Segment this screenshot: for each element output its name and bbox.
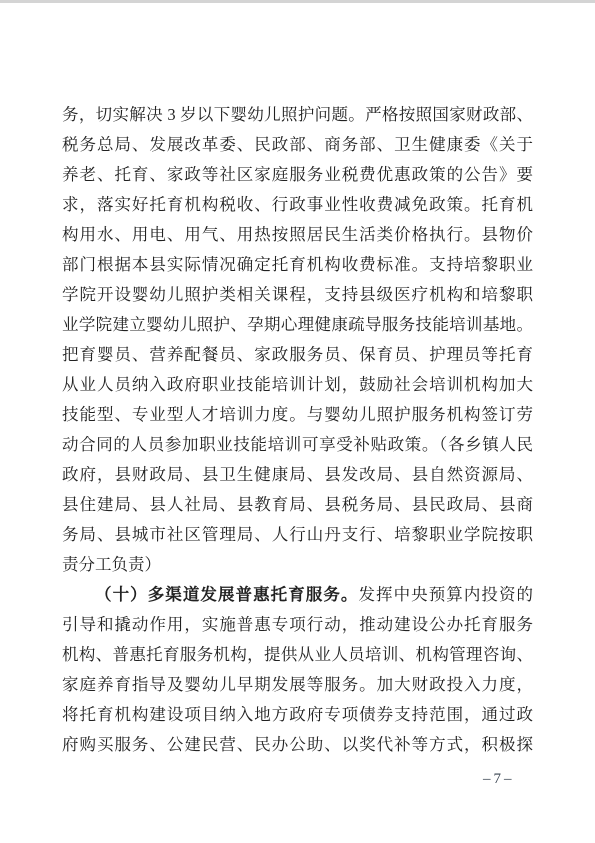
text-line: 税务总局、发展改革委、民政部、商务部、卫生健康委《关于	[62, 130, 533, 160]
text-line: 求，落实好托育机构税收、行政事业性收费减免政策。托育机	[62, 190, 533, 220]
text-line: 构用水、用电、用气、用热按照居民生活类价格执行。县物价	[62, 220, 533, 250]
text-line: 务，切实解决 3 岁以下婴幼儿照护问题。严格按照国家财政部、	[62, 100, 533, 130]
text-line: 从业人员纳入政府职业技能培训计划，鼓励社会培训机构加大	[62, 370, 533, 400]
text-line: 将托育机构建设项目纳入地方政府专项债券支持范围，通过政	[62, 700, 533, 730]
section-lead-text: 发挥中央预算内投资的	[358, 585, 533, 604]
text-line: 养老、托育、家政等社区家庭服务业税费优惠政策的公告》要	[62, 160, 533, 190]
text-line: 政府，县财政局、县卫生健康局、县发改局、县自然资源局、	[62, 460, 533, 490]
text-line: 业学院建立婴幼儿照护、孕期心理健康疏导服务技能培训基地。	[62, 310, 533, 340]
text-line: 把育婴员、营养配餐员、家政服务员、保育员、护理员等托育	[62, 340, 533, 370]
document-page: 务，切实解决 3 岁以下婴幼儿照护问题。严格按照国家财政部、 税务总局、发展改革…	[0, 0, 595, 843]
text-line: 机构、普惠托育服务机构，提供从业人员培训、机构管理咨询、	[62, 640, 533, 670]
text-line: 责分工负责）	[62, 550, 533, 580]
section-heading: （十）多渠道发展普惠托育服务。	[95, 585, 358, 604]
text-line: 动合同的人员参加职业技能培训可享受补贴政策。（各乡镇人民	[62, 430, 533, 460]
text-line: 务局、县城市社区管理局、人行山丹支行、培黎职业学院按职	[62, 520, 533, 550]
text-line: 家庭养育指导及婴幼儿早期发展等服务。加大财政投入力度，	[62, 670, 533, 700]
text-line: 府购买服务、公建民营、民办公助、以奖代补等方式，积极探	[62, 730, 533, 760]
page-number: –7–	[483, 771, 515, 787]
text-line: 部门根据本县实际情况确定托育机构收费标准。支持培黎职业	[62, 250, 533, 280]
text-line: 技能型、专业型人才培训力度。与婴幼儿照护服务机构签订劳	[62, 400, 533, 430]
text-line: 引导和撬动作用，实施普惠专项行动，推动建设公办托育服务	[62, 610, 533, 640]
text-line: 学院开设婴幼儿照护类相关课程，支持县级医疗机构和培黎职	[62, 280, 533, 310]
section-heading-line: （十）多渠道发展普惠托育服务。发挥中央预算内投资的	[62, 580, 533, 610]
text-line: 县住建局、县人社局、县教育局、县税务局、县民政局、县商	[62, 490, 533, 520]
body-text: 务，切实解决 3 岁以下婴幼儿照护问题。严格按照国家财政部、 税务总局、发展改革…	[62, 100, 533, 760]
